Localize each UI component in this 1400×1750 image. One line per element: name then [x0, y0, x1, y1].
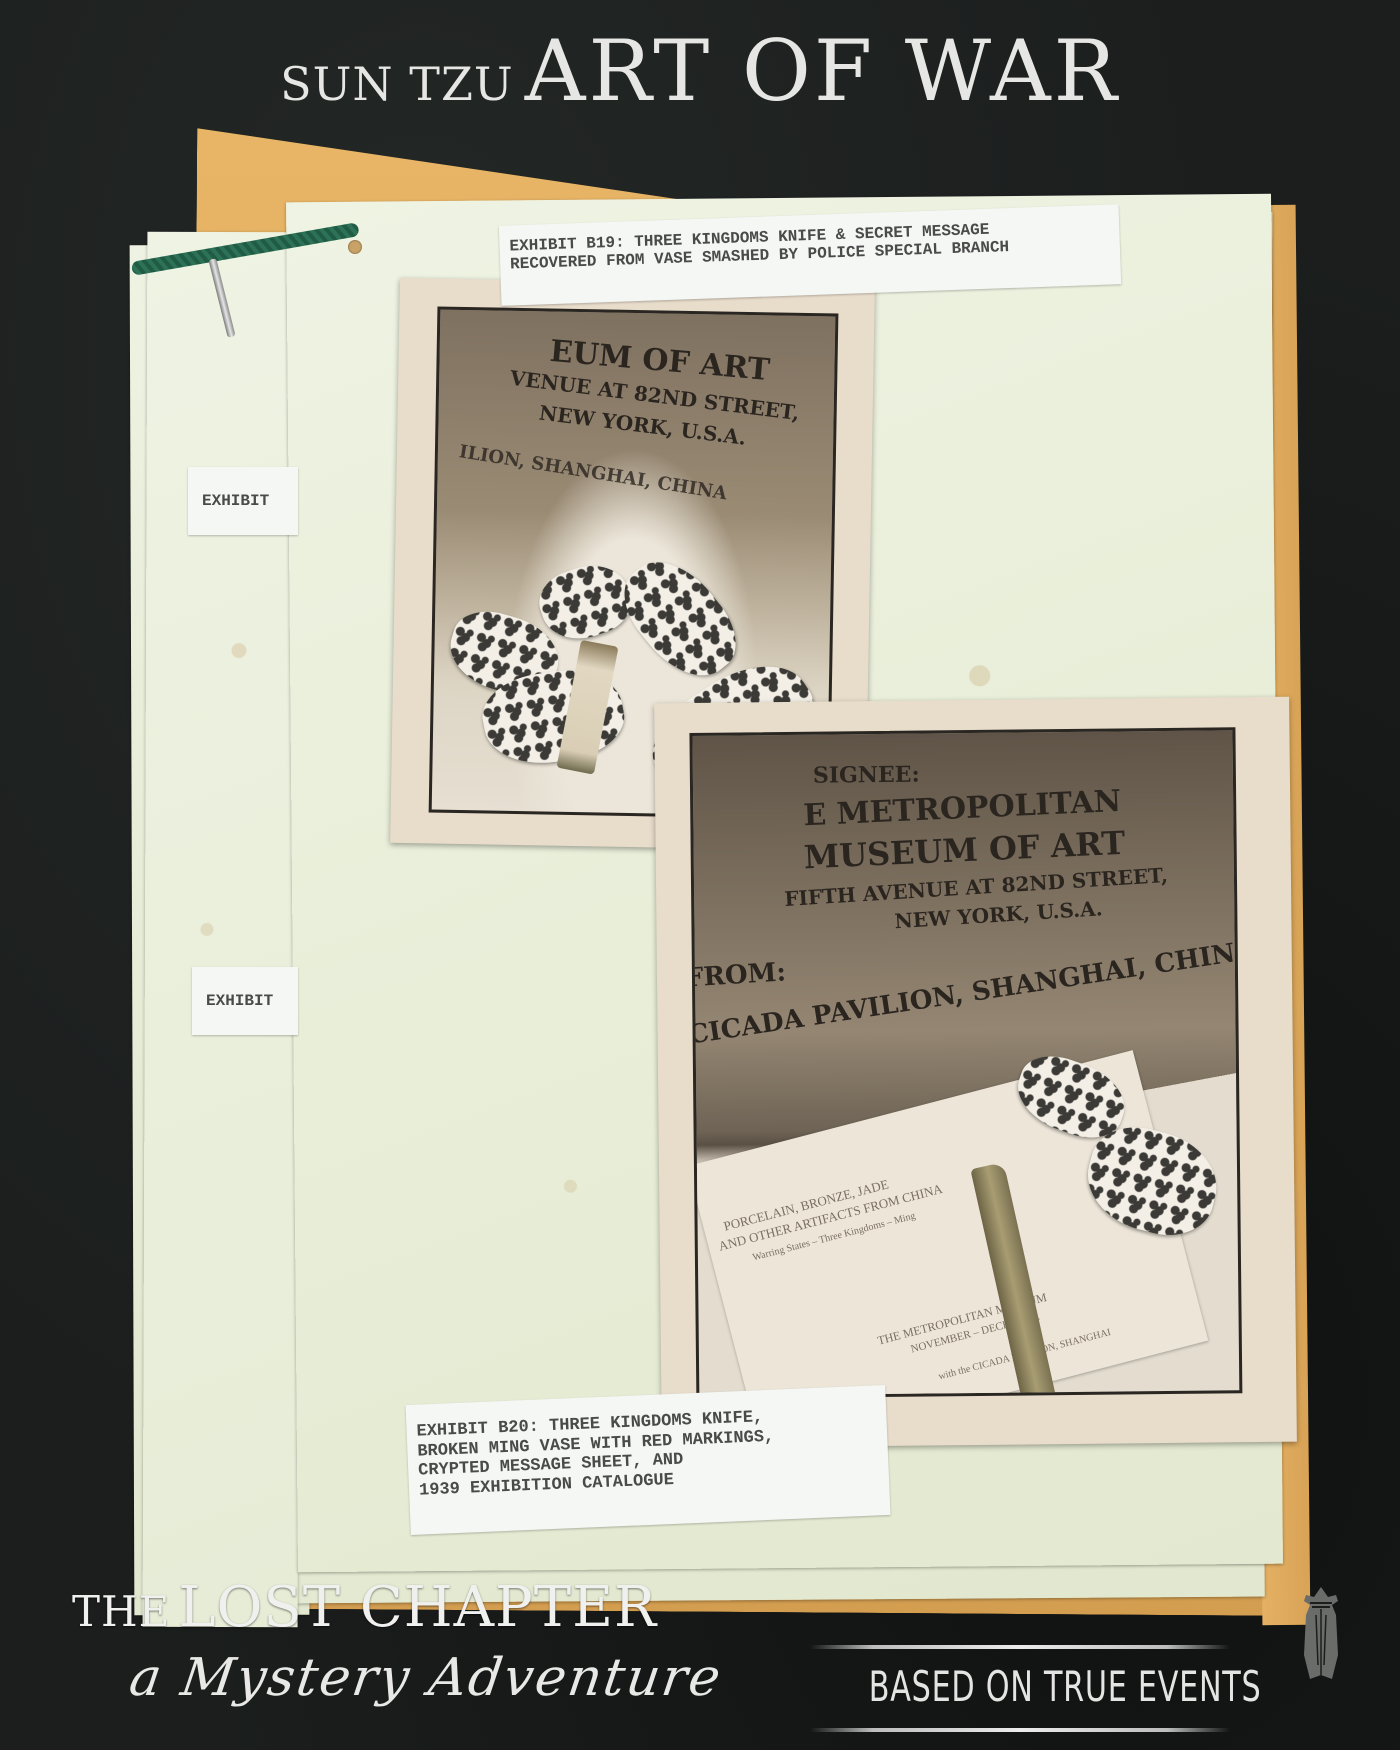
crate-text: CICADA PAVILION, SHANGHAI, CHINA [689, 935, 1242, 1050]
crate-text: FROM: [689, 957, 786, 993]
crate-text: ILION, SHANGHAI, CHINA [458, 441, 729, 504]
brand-subtitle: a Mystery Adventure [126, 1648, 726, 1708]
photo-image-crate-catalogue: SIGNEE: E METROPOLITAN MUSEUM OF ART FIF… [689, 727, 1242, 1399]
exhibit-tab-text: EXHIBIT [206, 992, 273, 1010]
brand-the: THE [72, 1587, 170, 1636]
tagline-divider [810, 1645, 1230, 1649]
vase-fragment-icon [608, 543, 752, 694]
title-prefix: SUN TZU [280, 57, 514, 111]
poster-title: SUN TZU ART OF WAR [0, 22, 1400, 120]
exhibit-tab-text: EXHIBIT [202, 492, 269, 510]
crate-text: SIGNEE: [813, 762, 920, 789]
photo-exhibit-b20: SIGNEE: E METROPOLITAN MUSEUM OF ART FIF… [654, 697, 1297, 1449]
brand-title: THELOST CHAPTER [72, 1575, 657, 1640]
exhibit-b20-label: EXHIBIT B20: THREE KINGDOMS KNIFE, BROKE… [405, 1385, 890, 1535]
title-main: ART OF WAR [525, 22, 1120, 120]
paper-sheet-tab [143, 232, 303, 1628]
tagline: BASED ON TRUE EVENTS [869, 1662, 1171, 1711]
cicada-icon [1298, 1585, 1344, 1683]
punch-hole [348, 240, 362, 254]
exhibit-tab-label: EXHIBIT [192, 967, 298, 1035]
tagline-divider [810, 1728, 1230, 1732]
exhibit-tab-label: EXHIBIT [188, 467, 298, 535]
brand-lost-chapter: LOST CHAPTER [178, 1575, 657, 1640]
